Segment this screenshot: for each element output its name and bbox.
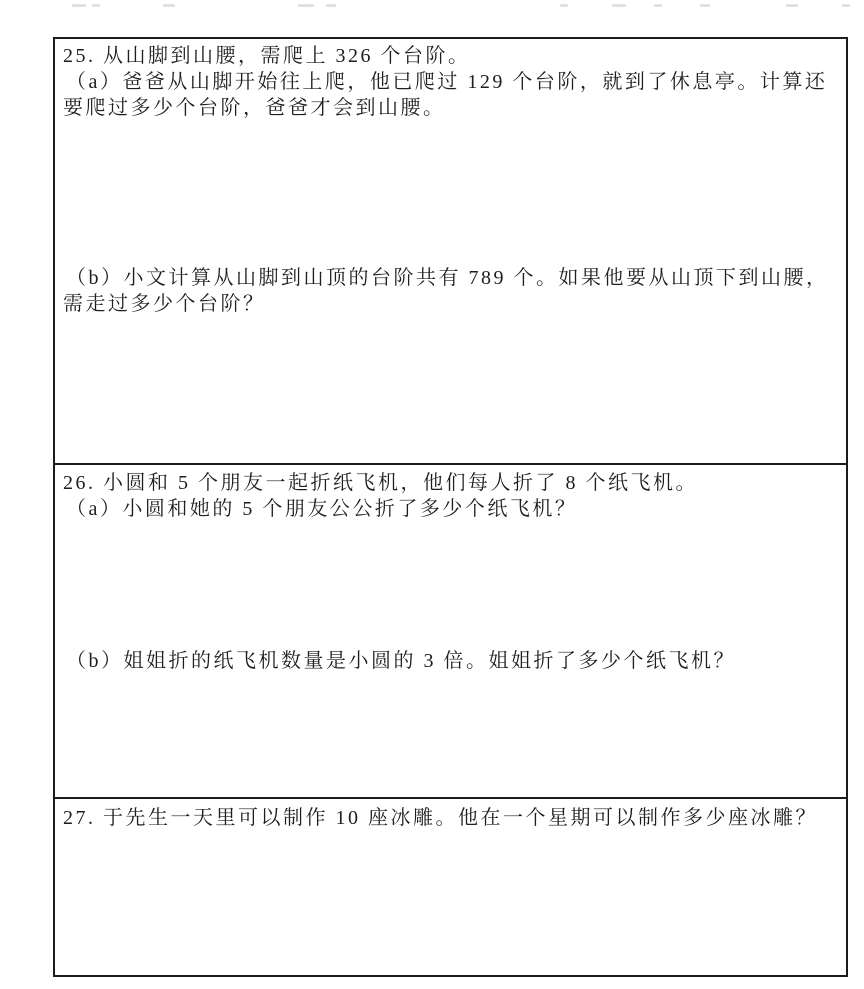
question-table: 25. 从山脚到山腰，需爬上 326 个台阶。 （a）爸爸从山脚开始往上爬，他已… bbox=[53, 37, 848, 977]
scan-artifact bbox=[786, 4, 798, 7]
scan-artifact bbox=[298, 4, 314, 7]
worksheet-page: 25. 从山脚到山腰，需爬上 326 个台阶。 （a）爸爸从山脚开始往上爬，他已… bbox=[0, 0, 864, 989]
scan-artifact bbox=[700, 4, 710, 7]
scan-artifact bbox=[326, 4, 336, 7]
question-26-heading: 26. 小圆和 5 个朋友一起折纸飞机，他们每人折了 8 个纸飞机。 bbox=[63, 470, 842, 496]
question-25-part-b: （b）小文计算从山脚到山顶的台阶共有 789 个。如果他要从山顶下到山腰，需走过… bbox=[63, 265, 842, 317]
question-26-part-a: （a）小圆和她的 5 个朋友公公折了多少个纸飞机？ bbox=[63, 496, 842, 522]
scan-artifact bbox=[654, 4, 662, 7]
question-25-heading: 25. 从山脚到山腰，需爬上 326 个台阶。 bbox=[63, 43, 842, 69]
scan-artifact bbox=[842, 4, 850, 7]
scan-artifact bbox=[612, 4, 626, 7]
scan-artifact bbox=[92, 4, 100, 7]
cut-off-text-remnants bbox=[0, 0, 864, 12]
question-26-part-b: （b）姐姐折的纸飞机数量是小圆的 3 倍。姐姐折了多少个纸飞机？ bbox=[63, 648, 842, 674]
question-25-block: 25. 从山脚到山腰，需爬上 326 个台阶。 （a）爸爸从山脚开始往上爬，他已… bbox=[55, 39, 846, 463]
scan-artifact bbox=[560, 4, 568, 7]
scan-artifact bbox=[163, 4, 175, 7]
answer-space-26a bbox=[63, 522, 842, 648]
answer-space-25a bbox=[63, 121, 842, 265]
scan-artifact bbox=[72, 4, 86, 7]
question-25-part-a: （a）爸爸从山脚开始往上爬，他已爬过 129 个台阶，就到了休息亭。计算还要爬过… bbox=[63, 69, 842, 121]
question-26-block: 26. 小圆和 5 个朋友一起折纸飞机，他们每人折了 8 个纸飞机。 （a）小圆… bbox=[55, 463, 846, 797]
question-27-heading: 27. 于先生一天里可以制作 10 座冰雕。他在一个星期可以制作多少座冰雕？ bbox=[63, 805, 842, 831]
question-27-block: 27. 于先生一天里可以制作 10 座冰雕。他在一个星期可以制作多少座冰雕？ bbox=[55, 797, 846, 975]
